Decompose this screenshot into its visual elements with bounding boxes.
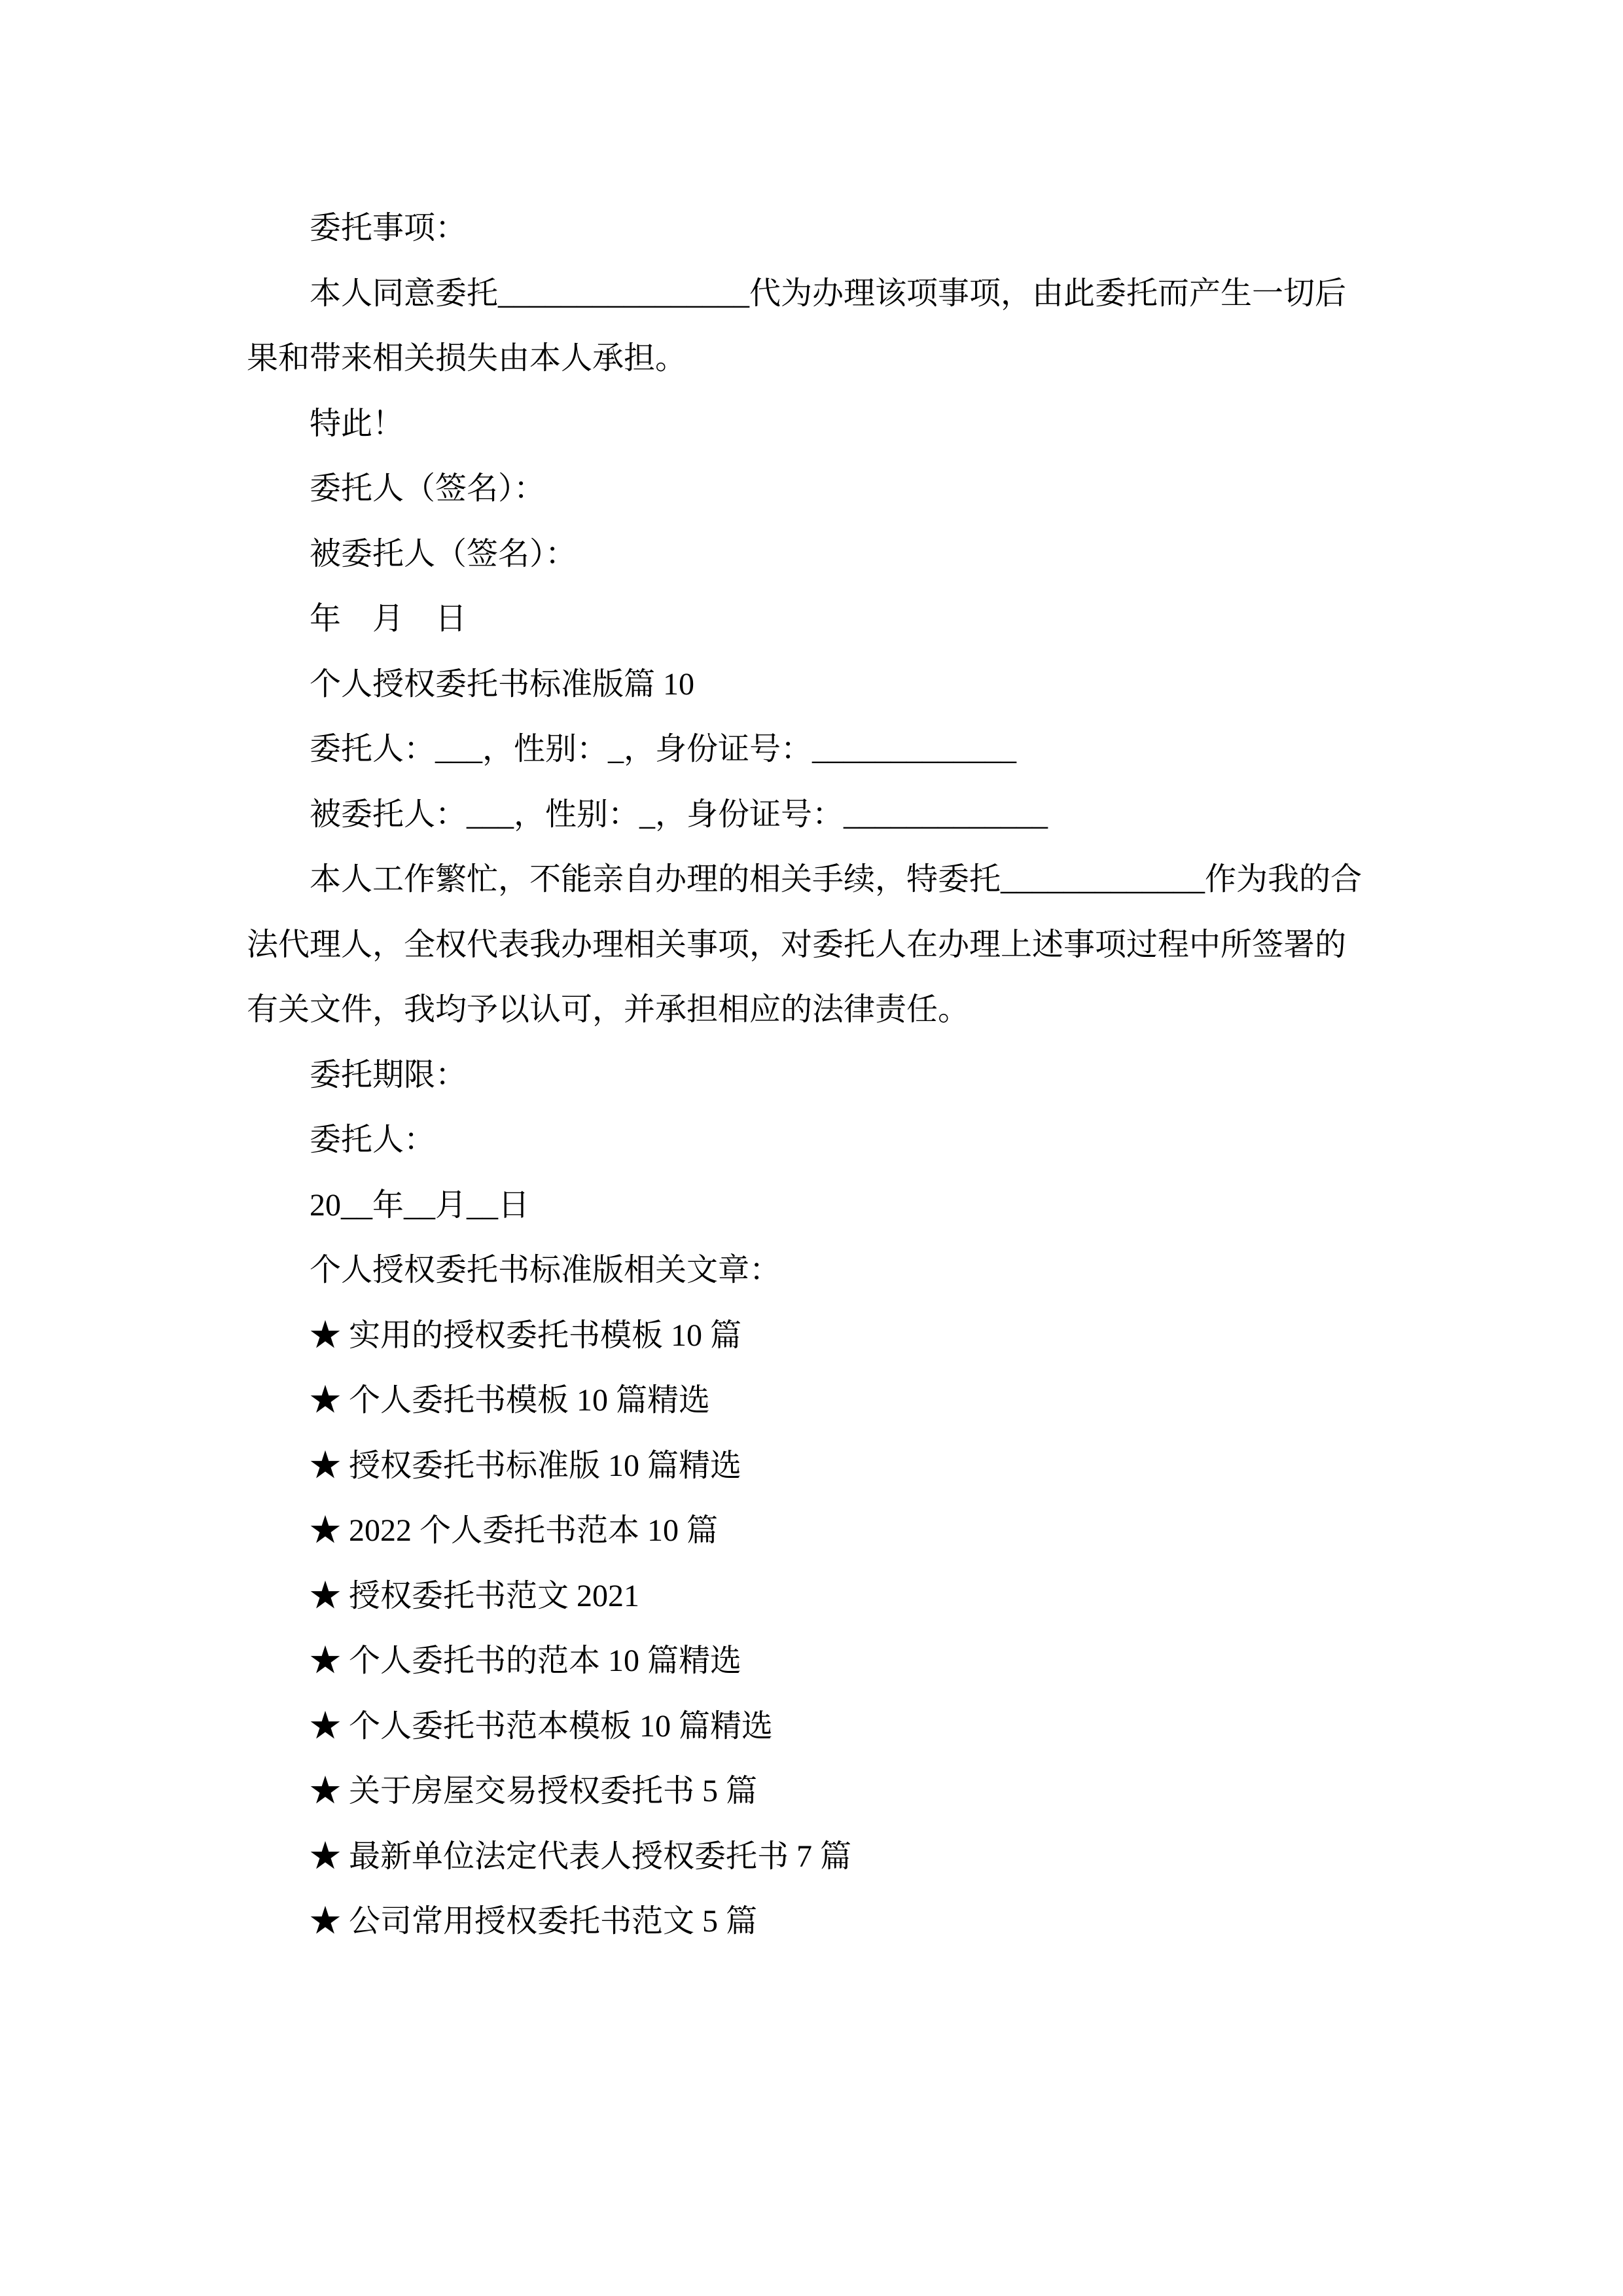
text-line: 委托期限： <box>247 1043 1385 1108</box>
text-line: 被委托人：___，性别：_，身份证号：_____________ <box>247 782 1385 848</box>
text-line: ★ 授权委托书标准版 10 篇精选 <box>247 1433 1385 1499</box>
document-page: 委托事项：本人同意委托________________代为办理该项事项，由此委托… <box>0 0 1623 2296</box>
text-line: ★ 2022 个人委托书范本 10 篇 <box>247 1498 1385 1564</box>
text-line: 委托人：___，性别：_，身份证号：_____________ <box>247 717 1385 782</box>
text-line: ★ 个人委托书范本模板 10 篇精选 <box>247 1694 1385 1759</box>
text-line: ★ 公司常用授权委托书范文 5 篇 <box>247 1889 1385 1954</box>
text-line: 个人授权委托书标准版相关文章： <box>247 1238 1385 1303</box>
text-line: ★ 授权委托书范文 2021 <box>247 1564 1385 1629</box>
text-line: 委托事项： <box>247 196 1385 261</box>
text-line: ★ 个人委托书模板 10 篇精选 <box>247 1368 1385 1433</box>
text-line: 被委托人（签名）： <box>247 522 1385 587</box>
text-line: 20__年__月__日 <box>247 1173 1385 1238</box>
text-line: 委托人： <box>247 1107 1385 1173</box>
text-line: ★ 实用的授权委托书模板 10 篇 <box>247 1303 1385 1369</box>
text-line: ★ 个人委托书的范本 10 篇精选 <box>247 1628 1385 1694</box>
text-line: 委托人（签名）： <box>247 456 1385 522</box>
text-line: 特此！ <box>247 391 1385 457</box>
text-line: 有关文件，我均予以认可，并承担相应的法律责任。 <box>247 977 1385 1043</box>
text-line: 个人授权委托书标准版篇 10 <box>247 652 1385 717</box>
text-line: ★ 关于房屋交易授权委托书 5 篇 <box>247 1759 1385 1824</box>
text-line: ★ 最新单位法定代表人授权委托书 7 篇 <box>247 1824 1385 1890</box>
text-line: 年 月 日 <box>247 586 1385 652</box>
text-line: 本人同意委托________________代为办理该项事项，由此委托而产生一切… <box>247 261 1385 327</box>
text-line: 果和带来相关损失由本人承担。 <box>247 326 1385 391</box>
text-line: 法代理人，全权代表我办理相关事项，对委托人在办理上述事项过程中所签署的 <box>247 912 1385 978</box>
document-text: 委托事项：本人同意委托________________代为办理该项事项，由此委托… <box>247 196 1385 1954</box>
text-line: 本人工作繁忙，不能亲自办理的相关手续，特委托_____________作为我的合 <box>247 847 1385 912</box>
